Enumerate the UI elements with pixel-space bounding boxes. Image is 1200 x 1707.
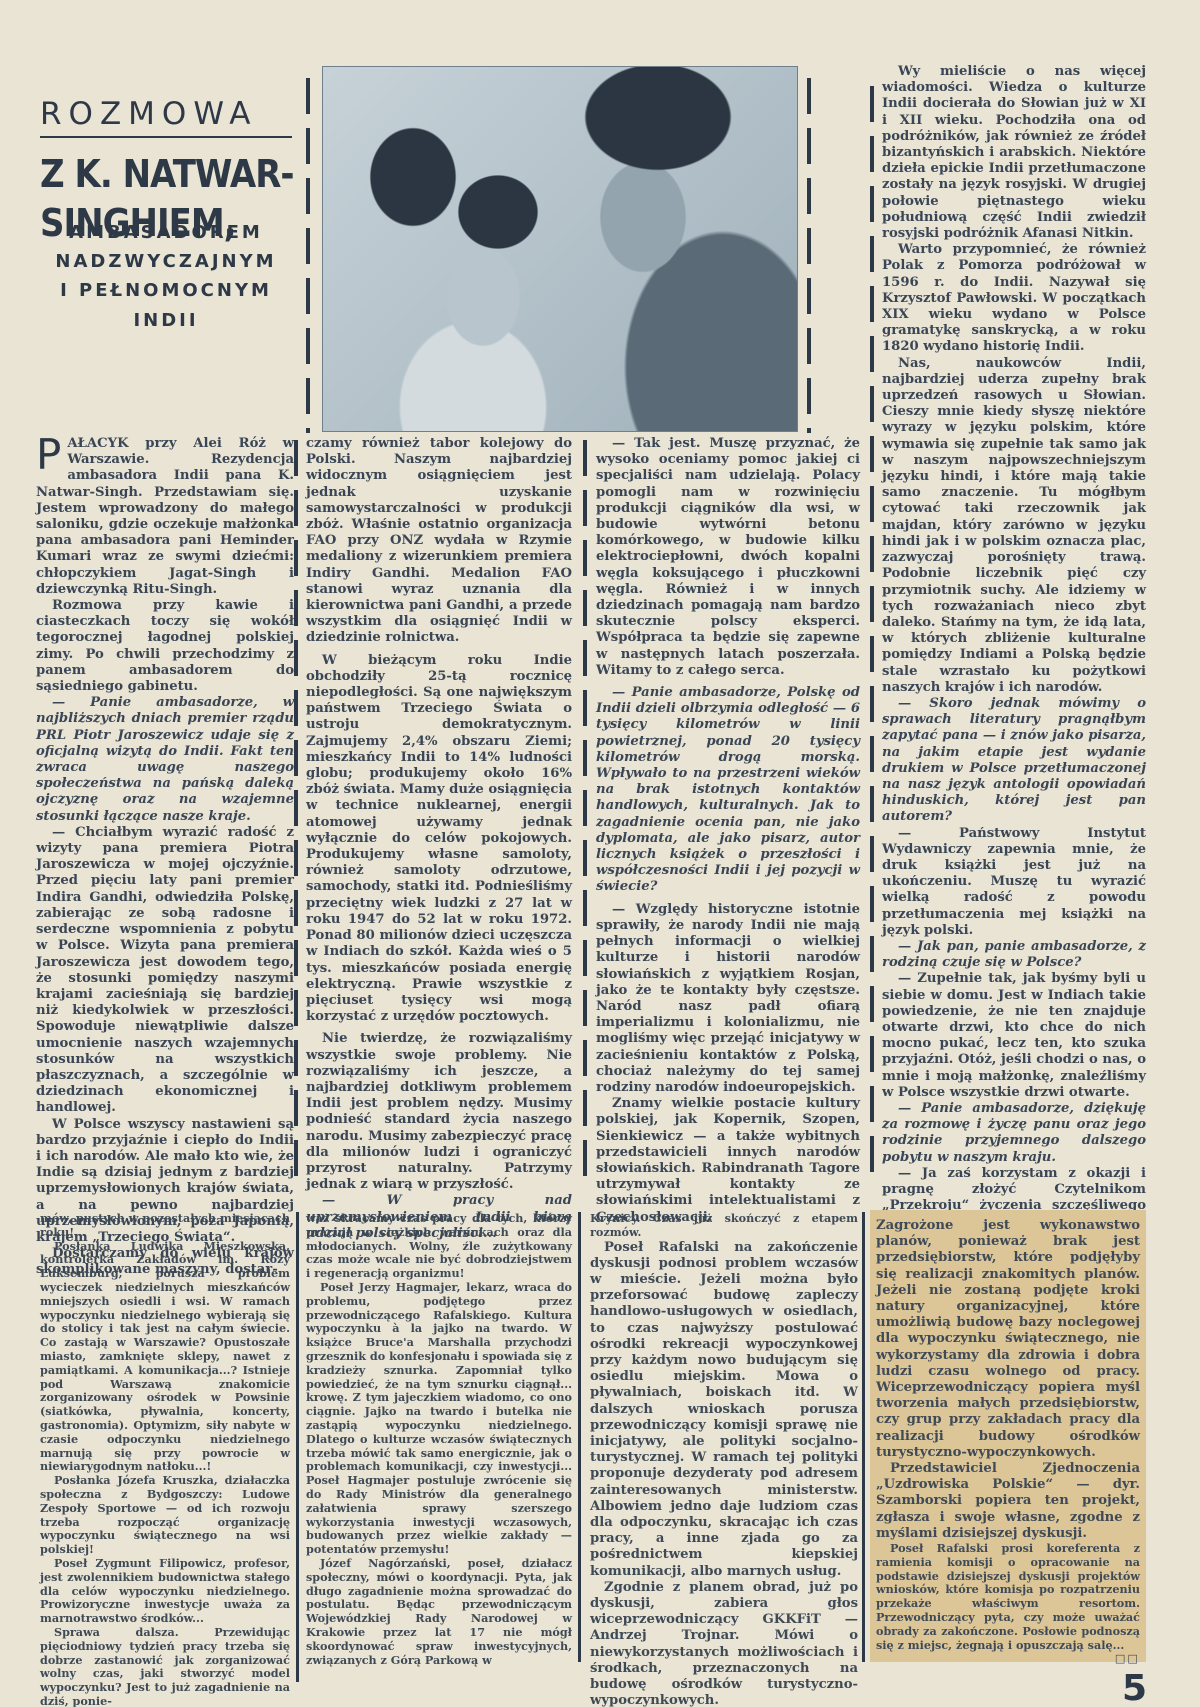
paragraph: Zgodnie z planem obrad, już po dyskusji,… <box>590 1580 858 1707</box>
paragraph: Sprawa dalsza. Przewidując pięciodniowy … <box>40 1626 290 1707</box>
paragraph: Przedstawiciel Zjednoczenia „Uzdrowiska … <box>876 1461 1140 1542</box>
paragraph: Warto przypomnieć, że również Polak z Po… <box>882 242 1146 355</box>
magazine-page: ROZMOWA Z K. NATWAR-SINGHIEM, AMBASADORE… <box>0 0 1200 1707</box>
article-column-2: czamy również tabor kolejowy do Polski. … <box>306 436 572 1242</box>
paragraph: — Państwowy Instytut Wydawniczy zapewnia… <box>882 826 1146 939</box>
paragraph: Posłanka Ludwika Mieszkowska, kontrolerk… <box>40 1240 290 1475</box>
bottom-column-3: Krynicy. Czas już skończyć z etapem rozm… <box>590 1212 858 1707</box>
question-paragraph: — Panie ambasadorze, Polskę od Indii dzi… <box>596 685 860 896</box>
paragraph: — Chciałbym wyrazić radość z wizyty pana… <box>36 825 294 1117</box>
subtitle-line: I PEŁNOMOCNYM <box>40 280 292 301</box>
end-of-article-marks: □□ <box>1101 1652 1140 1666</box>
article-column-1: PAŁACYK przy Alei Róż w Warszawie. Rezyd… <box>36 436 294 1279</box>
column-rule <box>306 78 310 433</box>
article-column-3: — Tak jest. Muszę przyznać, że wysoko oc… <box>596 436 860 1226</box>
paragraph: — Zupełnie tak, jak byśmy byli u siebie … <box>882 971 1146 1101</box>
column-rule <box>578 1212 581 1662</box>
paragraph: W bieżącym roku Indie obchodziły 25-tą r… <box>306 653 572 1026</box>
paragraph: — Tak jest. Muszę przyznać, że wysoko oc… <box>596 436 860 679</box>
subtitle-line: NADZWYCZAJNYM <box>40 251 292 272</box>
paragraph: PAŁACYK przy Alei Róż w Warszawie. Rezyd… <box>36 436 294 598</box>
paragraph: czamy również tabor kolejowy do Polski. … <box>306 436 572 647</box>
paragraph: Poseł Rafalski prosi koreferenta z ramie… <box>876 1542 1140 1652</box>
question-paragraph: — Panie ambasadorze, w najbliższych dnia… <box>36 695 294 825</box>
paragraph: Poseł Jerzy Hagmajer, lekarz, wraca do p… <box>306 1281 572 1557</box>
paragraph: Znamy wielkie postacie kultury polskiej,… <box>596 1096 860 1226</box>
column-rule <box>583 440 587 1180</box>
family-photo: Rodzina ambasadora: żona, syn i niemowlę <box>322 66 798 432</box>
paragraph: waż skracamy czas pracy dla tych, którzy… <box>306 1212 572 1281</box>
column-rule <box>862 1212 865 1662</box>
bottom-column-4: Zagrożone jest wykonawstwo planów, ponie… <box>876 1218 1140 1666</box>
column-rule <box>870 86 874 1186</box>
subtitle-line: INDII <box>40 310 292 331</box>
bottom-column-1: mów, pustych w pozostałych miesiącach ro… <box>40 1212 290 1707</box>
paragraph: Nie twierdzę, że rozwiązaliśmy wszystkie… <box>306 1031 572 1193</box>
paragraph: Józef Nagórzański, poseł, działacz społe… <box>306 1557 572 1667</box>
paragraph: Poseł Rafalski na zakończenie dyskusji p… <box>590 1240 858 1580</box>
question-paragraph: — Panie ambasadorze, dziękuję za rozmowę… <box>882 1101 1146 1166</box>
question-paragraph: — Jak pan, panie ambasadorze, z rodziną … <box>882 939 1146 971</box>
column-rule <box>294 440 298 1180</box>
column-rule <box>807 78 811 433</box>
paragraph: Posłanka Józefa Kruszka, działaczka społ… <box>40 1474 290 1557</box>
paragraph: Rozmowa przy kawie i ciasteczkach toczy … <box>36 598 294 695</box>
paragraph: Nas, naukowców Indii, najbardziej uderza… <box>882 356 1146 696</box>
drop-cap: P <box>36 438 61 472</box>
paragraph: Poseł Zygmunt Filipowicz, profesor, jest… <box>40 1557 290 1626</box>
paragraph: — Względy historyczne istotnie sprawiły,… <box>596 902 860 1096</box>
section-kicker: ROZMOWA <box>40 96 292 138</box>
paragraph: Zagrożone jest wykonawstwo planów, ponie… <box>876 1218 1140 1461</box>
column-rule <box>296 1212 299 1682</box>
paragraph: mów, pustych w pozostałych miesiącach ro… <box>40 1212 290 1240</box>
bottom-column-2: waż skracamy czas pracy dla tych, którzy… <box>306 1212 572 1667</box>
article-column-4: Wy mieliście o nas więcej wiadomości. Wi… <box>882 64 1146 1279</box>
paragraph: Wy mieliście o nas więcej wiadomości. Wi… <box>882 64 1146 242</box>
paragraph: Krynicy. Czas już skończyć z etapem rozm… <box>590 1212 858 1240</box>
question-paragraph: — Skoro jednak mówimy o sprawach literat… <box>882 696 1146 826</box>
subtitle-line: AMBASADOREM <box>40 222 292 243</box>
page-number: 5 <box>1122 1668 1147 1707</box>
